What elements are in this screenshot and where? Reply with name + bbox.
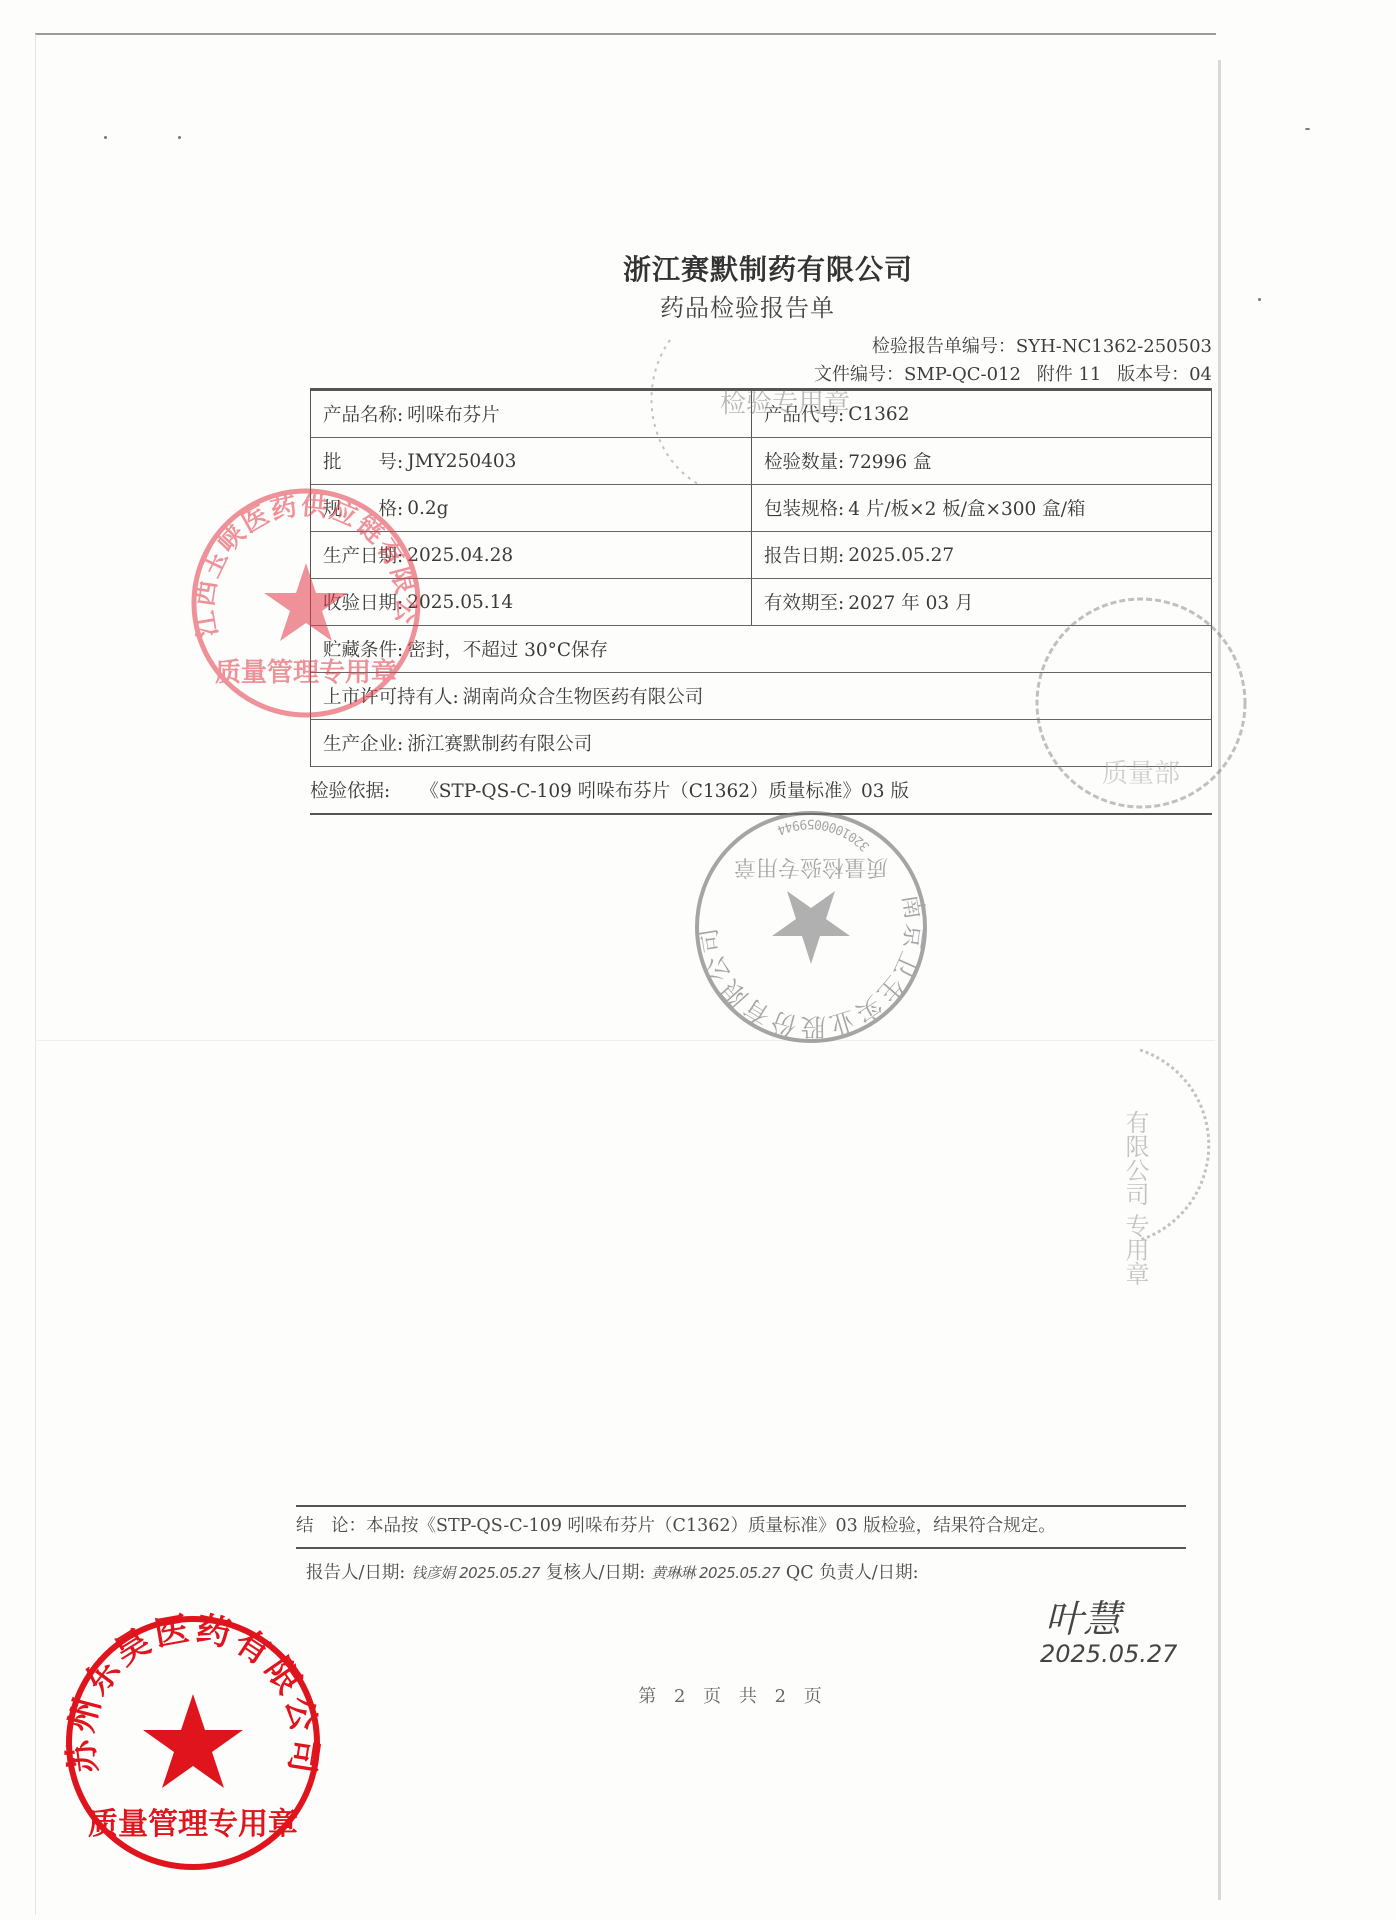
table-row: 贮藏条件:密封，不超过 30°C保存 [310, 626, 1212, 673]
field-label: 上市许可持有人: [323, 683, 459, 709]
field-label: 批 号: [323, 448, 403, 474]
field-label: 规 格: [323, 495, 403, 521]
product-code-cell: 产品代号:C1362 [752, 391, 1211, 437]
signature-line: 报告人/日期:钱彦娟 2025.05.27复核人/日期:黄琳琳 2025.05.… [296, 1549, 1186, 1584]
product-info-table: 产品名称:吲哚布芬片 产品代号:C1362 批 号:JMY250403 检验数量… [310, 388, 1212, 815]
field-label: 报告日期: [764, 542, 844, 568]
table-row: 规 格:0.2g 包装规格:4 片/板×2 板/盒×300 盒/箱 [310, 485, 1212, 532]
conclusion-text: 本品按《STP-QS-C-109 吲哚布芬片（C1362）质量标准》03 版检验… [366, 1516, 1056, 1536]
product-name-value: 吲哚布芬片 [407, 401, 500, 427]
reviewer-signature: 黄琳琳 2025.05.27 [651, 1564, 780, 1582]
batch-number-cell: 批 号:JMY250403 [311, 438, 752, 484]
field-label: 检验数量: [764, 448, 844, 474]
field-label: 贮藏条件: [323, 636, 403, 662]
field-label: 有效期至: [764, 589, 844, 615]
field-label: 生产企业: [323, 730, 403, 756]
table-row: 生产日期:2025.04.28 报告日期:2025.05.27 [310, 532, 1212, 579]
production-date-value: 2025.04.28 [407, 545, 513, 566]
scan-speck [1258, 298, 1261, 301]
report-date-cell: 报告日期:2025.05.27 [752, 532, 1211, 578]
version-label: 版本号： [1117, 364, 1189, 385]
product-name-cell: 产品名称:吲哚布芬片 [311, 391, 752, 437]
report-number: 检验报告单编号：SYH-NC1362-250503 [872, 332, 1212, 358]
scan-fold-line [1218, 60, 1221, 1900]
field-label: 产品代号: [764, 401, 844, 427]
receipt-date-value: 2025.05.14 [407, 592, 513, 613]
attachment-label: 附件 11 [1037, 364, 1102, 385]
scan-speck [1305, 128, 1310, 130]
production-date-cell: 生产日期:2025.04.28 [311, 532, 752, 578]
document-number-value: SMP-QC-012 [904, 364, 1021, 385]
qc-signature-date: 2025.05.27 [1040, 1640, 1177, 1668]
field-label: 包装规格: [764, 495, 844, 521]
field-label: 生产日期: [323, 542, 403, 568]
manufacturer-value: 浙江赛默制药有限公司 [407, 730, 592, 756]
reporter-signature: 钱彦娟 2025.05.27 [411, 1564, 540, 1582]
field-label: 检验依据: [310, 777, 390, 803]
conclusion: 结 论：本品按《STP-QS-C-109 吲哚布芬片（C1362）质量标准》03… [296, 1507, 1186, 1541]
specification-cell: 规 格:0.2g [311, 485, 752, 531]
report-number-label: 检验报告单编号： [872, 336, 1016, 357]
license-holder-cell: 上市许可持有人:湖南尚众合生物医药有限公司 [311, 673, 1211, 719]
table-row: 批 号:JMY250403 检验数量:72996 盒 [310, 438, 1212, 485]
expiry-value: 2027 年 03 月 [848, 589, 973, 615]
table-row: 生产企业:浙江赛默制药有限公司 [310, 720, 1212, 767]
table-row: 检验依据:《STP-QS-C-109 吲哚布芬片（C1362）质量标准》03 版 [310, 767, 1212, 815]
scan-fold-line-horizontal [35, 1040, 1215, 1041]
scan-speck [104, 136, 107, 139]
expiry-cell: 有效期至:2027 年 03 月 [752, 579, 1211, 625]
test-basis-cell: 检验依据:《STP-QS-C-109 吲哚布芬片（C1362）质量标准》03 版 [310, 767, 1212, 813]
report-number-value: SYH-NC1362-250503 [1016, 336, 1212, 357]
specification-value: 0.2g [407, 498, 448, 519]
document-number-label: 文件编号： [814, 364, 904, 385]
scan-speck [178, 136, 181, 139]
table-row: 产品名称:吲哚布芬片 产品代号:C1362 [310, 391, 1212, 438]
storage-value: 密封，不超过 30°C保存 [407, 636, 608, 662]
field-label: 产品名称: [323, 401, 403, 427]
document-number: 文件编号：SMP-QC-012 附件 11 版本号：04 [814, 360, 1212, 386]
reviewer-label: 复核人/日期: [546, 1563, 645, 1583]
packaging-spec-cell: 包装规格:4 片/板×2 板/盒×300 盒/箱 [752, 485, 1211, 531]
receipt-date-cell: 收验日期:2025.05.14 [311, 579, 752, 625]
page-number: 第 2 页 共 2 页 [0, 1682, 1396, 1708]
storage-cell: 贮藏条件:密封，不超过 30°C保存 [311, 626, 1211, 672]
manufacturer-cell: 生产企业:浙江赛默制药有限公司 [311, 720, 1211, 766]
scanned-page-border [35, 33, 1216, 1915]
packaging-spec-value: 4 片/板×2 板/盒×300 盒/箱 [848, 495, 1085, 521]
report-date-value: 2025.05.27 [848, 545, 954, 566]
reporter-label: 报告人/日期: [306, 1563, 405, 1583]
conclusion-section: 结 论：本品按《STP-QS-C-109 吲哚布芬片（C1362）质量标准》03… [296, 1505, 1186, 1584]
qc-signature: 叶慧 [1045, 1588, 1121, 1643]
table-row: 收验日期:2025.05.14 有效期至:2027 年 03 月 [310, 579, 1212, 626]
license-holder-value: 湖南尚众合生物医药有限公司 [463, 683, 704, 709]
qc-label: QC 负责人/日期: [786, 1563, 919, 1583]
inspection-quantity-value: 72996 盒 [848, 448, 931, 474]
batch-number-value: JMY250403 [407, 451, 516, 472]
product-code-value: C1362 [848, 404, 909, 425]
test-basis-value: 《STP-QS-C-109 吲哚布芬片（C1362）质量标准》03 版 [420, 777, 909, 803]
table-row: 上市许可持有人:湖南尚众合生物医药有限公司 [310, 673, 1212, 720]
company-title: 浙江赛默制药有限公司 [0, 248, 1396, 288]
conclusion-label: 结 论： [296, 1516, 366, 1536]
field-label: 收验日期: [323, 589, 403, 615]
report-title: 药品检验报告单 [660, 288, 835, 323]
inspection-quantity-cell: 检验数量:72996 盒 [752, 438, 1211, 484]
version-value: 04 [1189, 364, 1212, 385]
